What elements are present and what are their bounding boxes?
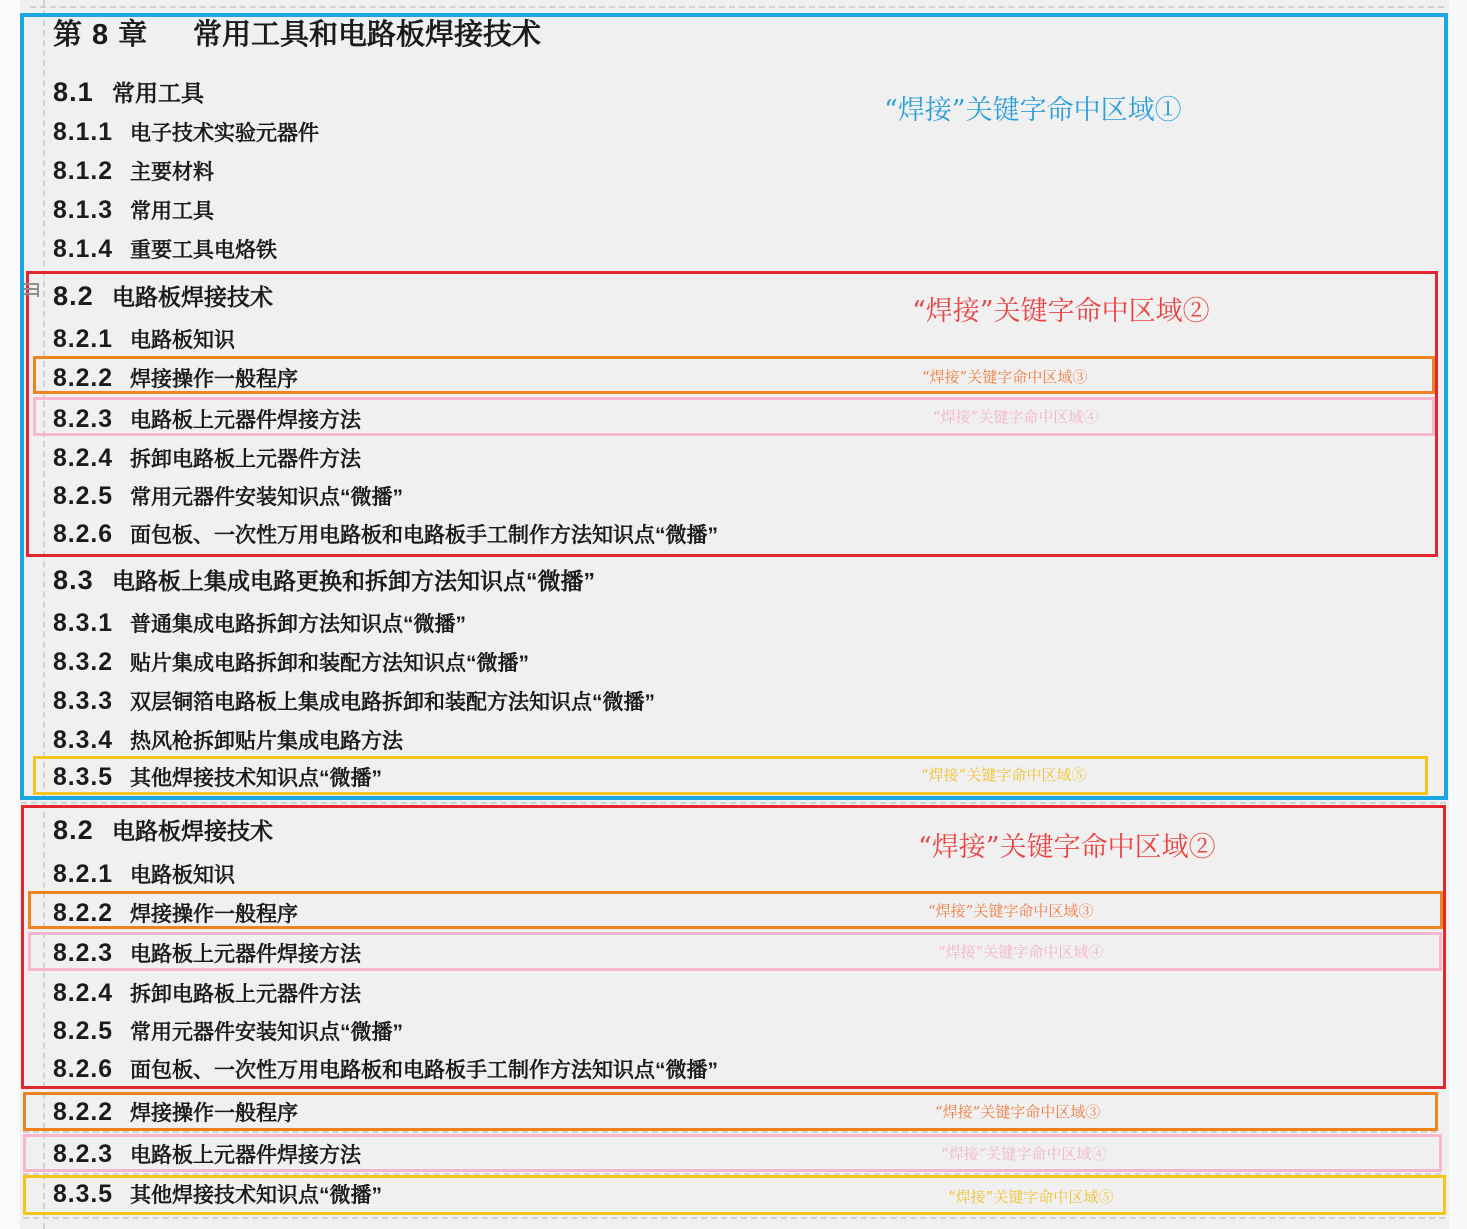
toc-entry-8.2.3-duplicate[interactable]: 8.2.3 电路板上元器件焊接方法 (53, 940, 361, 967)
hit-region-2-label: “焊接”关键字命中区域② (912, 296, 1210, 327)
toc-number: 8.3 (53, 565, 112, 595)
toc-number: 8.3.2 (53, 649, 130, 676)
toc-entry-8.2.2-standalone[interactable]: 8.2.2 焊接操作一般程序 (53, 1099, 298, 1126)
revision-mark-icon (24, 283, 39, 297)
toc-label: 电路板上元器件焊接方法 (130, 943, 361, 966)
toc-label: 电路板焊接技术 (112, 819, 273, 844)
toc-number: 8.2.2 (53, 365, 130, 392)
hit-region-1-label: “焊接”关键字命中区域① (884, 95, 1182, 126)
toc-label: 常用工具 (130, 200, 214, 223)
toc-entry-8.2.3-standalone[interactable]: 8.2.3 电路板上元器件焊接方法 (53, 1141, 361, 1168)
toc-entry-8.3.5[interactable]: 8.3.5 其他焊接技术知识点“微播” (53, 764, 382, 791)
toc-number: 8.3.5 (53, 764, 130, 791)
text-boundary-horizontal-line (21, 802, 1446, 804)
toc-number: 8.3.3 (53, 688, 130, 715)
toc-label: 双层铜箔电路板上集成电路拆卸和装配方法知识点“微播” (130, 691, 655, 714)
toc-number: 8.2.3 (53, 406, 130, 433)
toc-label: 电路板上元器件焊接方法 (130, 409, 361, 432)
toc-entry-8.2.5-duplicate[interactable]: 8.2.5 常用元器件安装知识点“微播” (53, 1018, 403, 1045)
toc-entry-8.2.4[interactable]: 8.2.4 拆卸电路板上元器件方法 (53, 445, 361, 472)
toc-label: 电路板知识 (130, 329, 235, 352)
hit-region-3-label-duplicate: “焊接”关键字命中区域③ (928, 903, 1093, 920)
toc-entry-8.2.4-duplicate[interactable]: 8.2.4 拆卸电路板上元器件方法 (53, 980, 361, 1007)
document-page: 第 8 章 常用工具和电路板焊接技术 8.1 常用工具 8.1.1 电子技术实验… (0, 0, 1467, 1229)
toc-entry-8.2.6-duplicate[interactable]: 8.2.6 面包板、一次性万用电路板和电路板手工制作方法知识点“微播” (53, 1056, 718, 1083)
toc-number: 8.1.1 (53, 119, 130, 146)
toc-label: 面包板、一次性万用电路板和电路板手工制作方法知识点“微播” (130, 524, 718, 547)
toc-number: 8.1.4 (53, 236, 130, 263)
toc-number: 8.3.1 (53, 610, 130, 637)
toc-label: 其他焊接技术知识点“微播” (130, 767, 382, 790)
toc-label: 拆卸电路板上元器件方法 (130, 448, 361, 471)
toc-entry-8.2.3[interactable]: 8.2.3 电路板上元器件焊接方法 (53, 406, 361, 433)
toc-label: 其他焊接技术知识点“微播” (130, 1184, 382, 1207)
hit-region-3-label: “焊接”关键字命中区域③ (922, 369, 1087, 386)
toc-number: 8.2.5 (53, 483, 130, 510)
toc-label: 主要材料 (130, 161, 214, 184)
toc-label: 电路板焊接技术 (112, 285, 273, 310)
toc-entry-8.2.5[interactable]: 8.2.5 常用元器件安装知识点“微播” (53, 483, 403, 510)
toc-entry-8.3.4[interactable]: 8.3.4 热风枪拆卸贴片集成电路方法 (53, 727, 403, 754)
toc-number: 8.2.2 (53, 1099, 130, 1126)
hit-region-5-label: “焊接”关键字命中区域⑤ (921, 767, 1086, 784)
toc-number: 8.2.4 (53, 980, 130, 1007)
toc-entry-8.3.5-standalone[interactable]: 8.3.5 其他焊接技术知识点“微播” (53, 1181, 382, 1208)
toc-number: 8.1.3 (53, 197, 130, 224)
toc-label: 重要工具电烙铁 (130, 239, 277, 262)
toc-entry-8.1.3[interactable]: 8.1.3 常用工具 (53, 197, 214, 224)
toc-label: 焊接操作一般程序 (130, 368, 298, 391)
toc-number: 8.3.5 (53, 1181, 130, 1208)
toc-entry-8.2.6[interactable]: 8.2.6 面包板、一次性万用电路板和电路板手工制作方法知识点“微播” (53, 521, 718, 548)
toc-number: 8.2.4 (53, 445, 130, 472)
toc-entry-8.2.2[interactable]: 8.2.2 焊接操作一般程序 (53, 365, 298, 392)
toc-label: 贴片集成电路拆卸和装配方法知识点“微播” (130, 652, 529, 675)
toc-number: 8.2.1 (53, 861, 130, 888)
toc-entry-8.1.4[interactable]: 8.1.4 重要工具电烙铁 (53, 236, 277, 263)
toc-entry-8.1.1[interactable]: 8.1.1 电子技术实验元器件 (53, 119, 319, 146)
toc-entry-8.2-duplicate[interactable]: 8.2 电路板焊接技术 (53, 815, 273, 845)
text-boundary-horizontal-line (23, 1217, 1445, 1219)
toc-number: 第 8 章 (53, 20, 193, 52)
toc-number: 8.2.5 (53, 1018, 130, 1045)
toc-entry-8.3.2[interactable]: 8.3.2 贴片集成电路拆卸和装配方法知识点“微播” (53, 649, 529, 676)
toc-number: 8.2.2 (53, 900, 130, 927)
toc-entry-8.2[interactable]: 8.2 电路板焊接技术 (53, 281, 273, 311)
toc-number: 8.2 (53, 281, 112, 311)
text-boundary-horizontal-line (23, 1131, 1437, 1133)
toc-entry-8.2.1-duplicate[interactable]: 8.2.1 电路板知识 (53, 861, 235, 888)
toc-number: 8.2 (53, 815, 112, 845)
text-boundary-horizontal-line (30, 6, 1444, 8)
hit-region-2-label-duplicate: “焊接”关键字命中区域② (918, 832, 1216, 863)
toc-number: 8.2.6 (53, 1056, 130, 1083)
toc-label: 普通集成电路拆卸方法知识点“微播” (130, 613, 466, 636)
hit-region-3-label-standalone: “焊接”关键字命中区域③ (935, 1104, 1100, 1121)
toc-label: 面包板、一次性万用电路板和电路板手工制作方法知识点“微播” (130, 1059, 718, 1082)
toc-entry-8.3.1[interactable]: 8.3.1 普通集成电路拆卸方法知识点“微播” (53, 610, 466, 637)
toc-label: 电路板上集成电路更换和拆卸方法知识点“微播” (112, 569, 595, 594)
toc-label: 电子技术实验元器件 (130, 122, 319, 145)
page-left-margin (0, 0, 20, 1229)
toc-number: 8.2.1 (53, 326, 130, 353)
toc-label: 常用元器件安装知识点“微播” (130, 1021, 403, 1044)
toc-label: 常用工具和电路板焊接技术 (193, 20, 541, 52)
toc-number: 8.1 (53, 77, 112, 107)
hit-region-5-label-standalone: “焊接”关键字命中区域⑤ (948, 1189, 1113, 1206)
toc-label: 电路板上元器件焊接方法 (130, 1144, 361, 1167)
toc-entry-8.2.1[interactable]: 8.2.1 电路板知识 (53, 326, 235, 353)
hit-region-4-label-duplicate: “焊接”关键字命中区域④ (938, 944, 1103, 961)
toc-label: 常用工具 (112, 81, 204, 106)
toc-label: 热风枪拆卸贴片集成电路方法 (130, 730, 403, 753)
toc-label: 电路板知识 (130, 864, 235, 887)
toc-label: 常用元器件安装知识点“微播” (130, 486, 403, 509)
toc-entry-8.2.2-duplicate[interactable]: 8.2.2 焊接操作一般程序 (53, 900, 298, 927)
toc-number: 8.2.3 (53, 1141, 130, 1168)
hit-region-4-label: “焊接”关键字命中区域④ (933, 409, 1098, 426)
toc-label: 焊接操作一般程序 (130, 903, 298, 926)
toc-entry-8.1.2[interactable]: 8.1.2 主要材料 (53, 158, 214, 185)
page-right-margin (1449, 0, 1467, 1229)
hit-region-4-label-standalone: “焊接”关键字命中区域④ (941, 1146, 1106, 1163)
toc-entry-chapter-8[interactable]: 第 8 章 常用工具和电路板焊接技术 (53, 20, 541, 52)
toc-number: 8.2.3 (53, 940, 130, 967)
toc-number: 8.2.6 (53, 521, 130, 548)
toc-number: 8.3.4 (53, 727, 130, 754)
toc-label: 拆卸电路板上元器件方法 (130, 983, 361, 1006)
toc-entry-8.3[interactable]: 8.3 电路板上集成电路更换和拆卸方法知识点“微播” (53, 565, 595, 595)
toc-entry-8.3.3[interactable]: 8.3.3 双层铜箔电路板上集成电路拆卸和装配方法知识点“微播” (53, 688, 655, 715)
toc-entry-8.1[interactable]: 8.1 常用工具 (53, 77, 204, 107)
toc-label: 焊接操作一般程序 (130, 1102, 298, 1125)
toc-number: 8.1.2 (53, 158, 130, 185)
